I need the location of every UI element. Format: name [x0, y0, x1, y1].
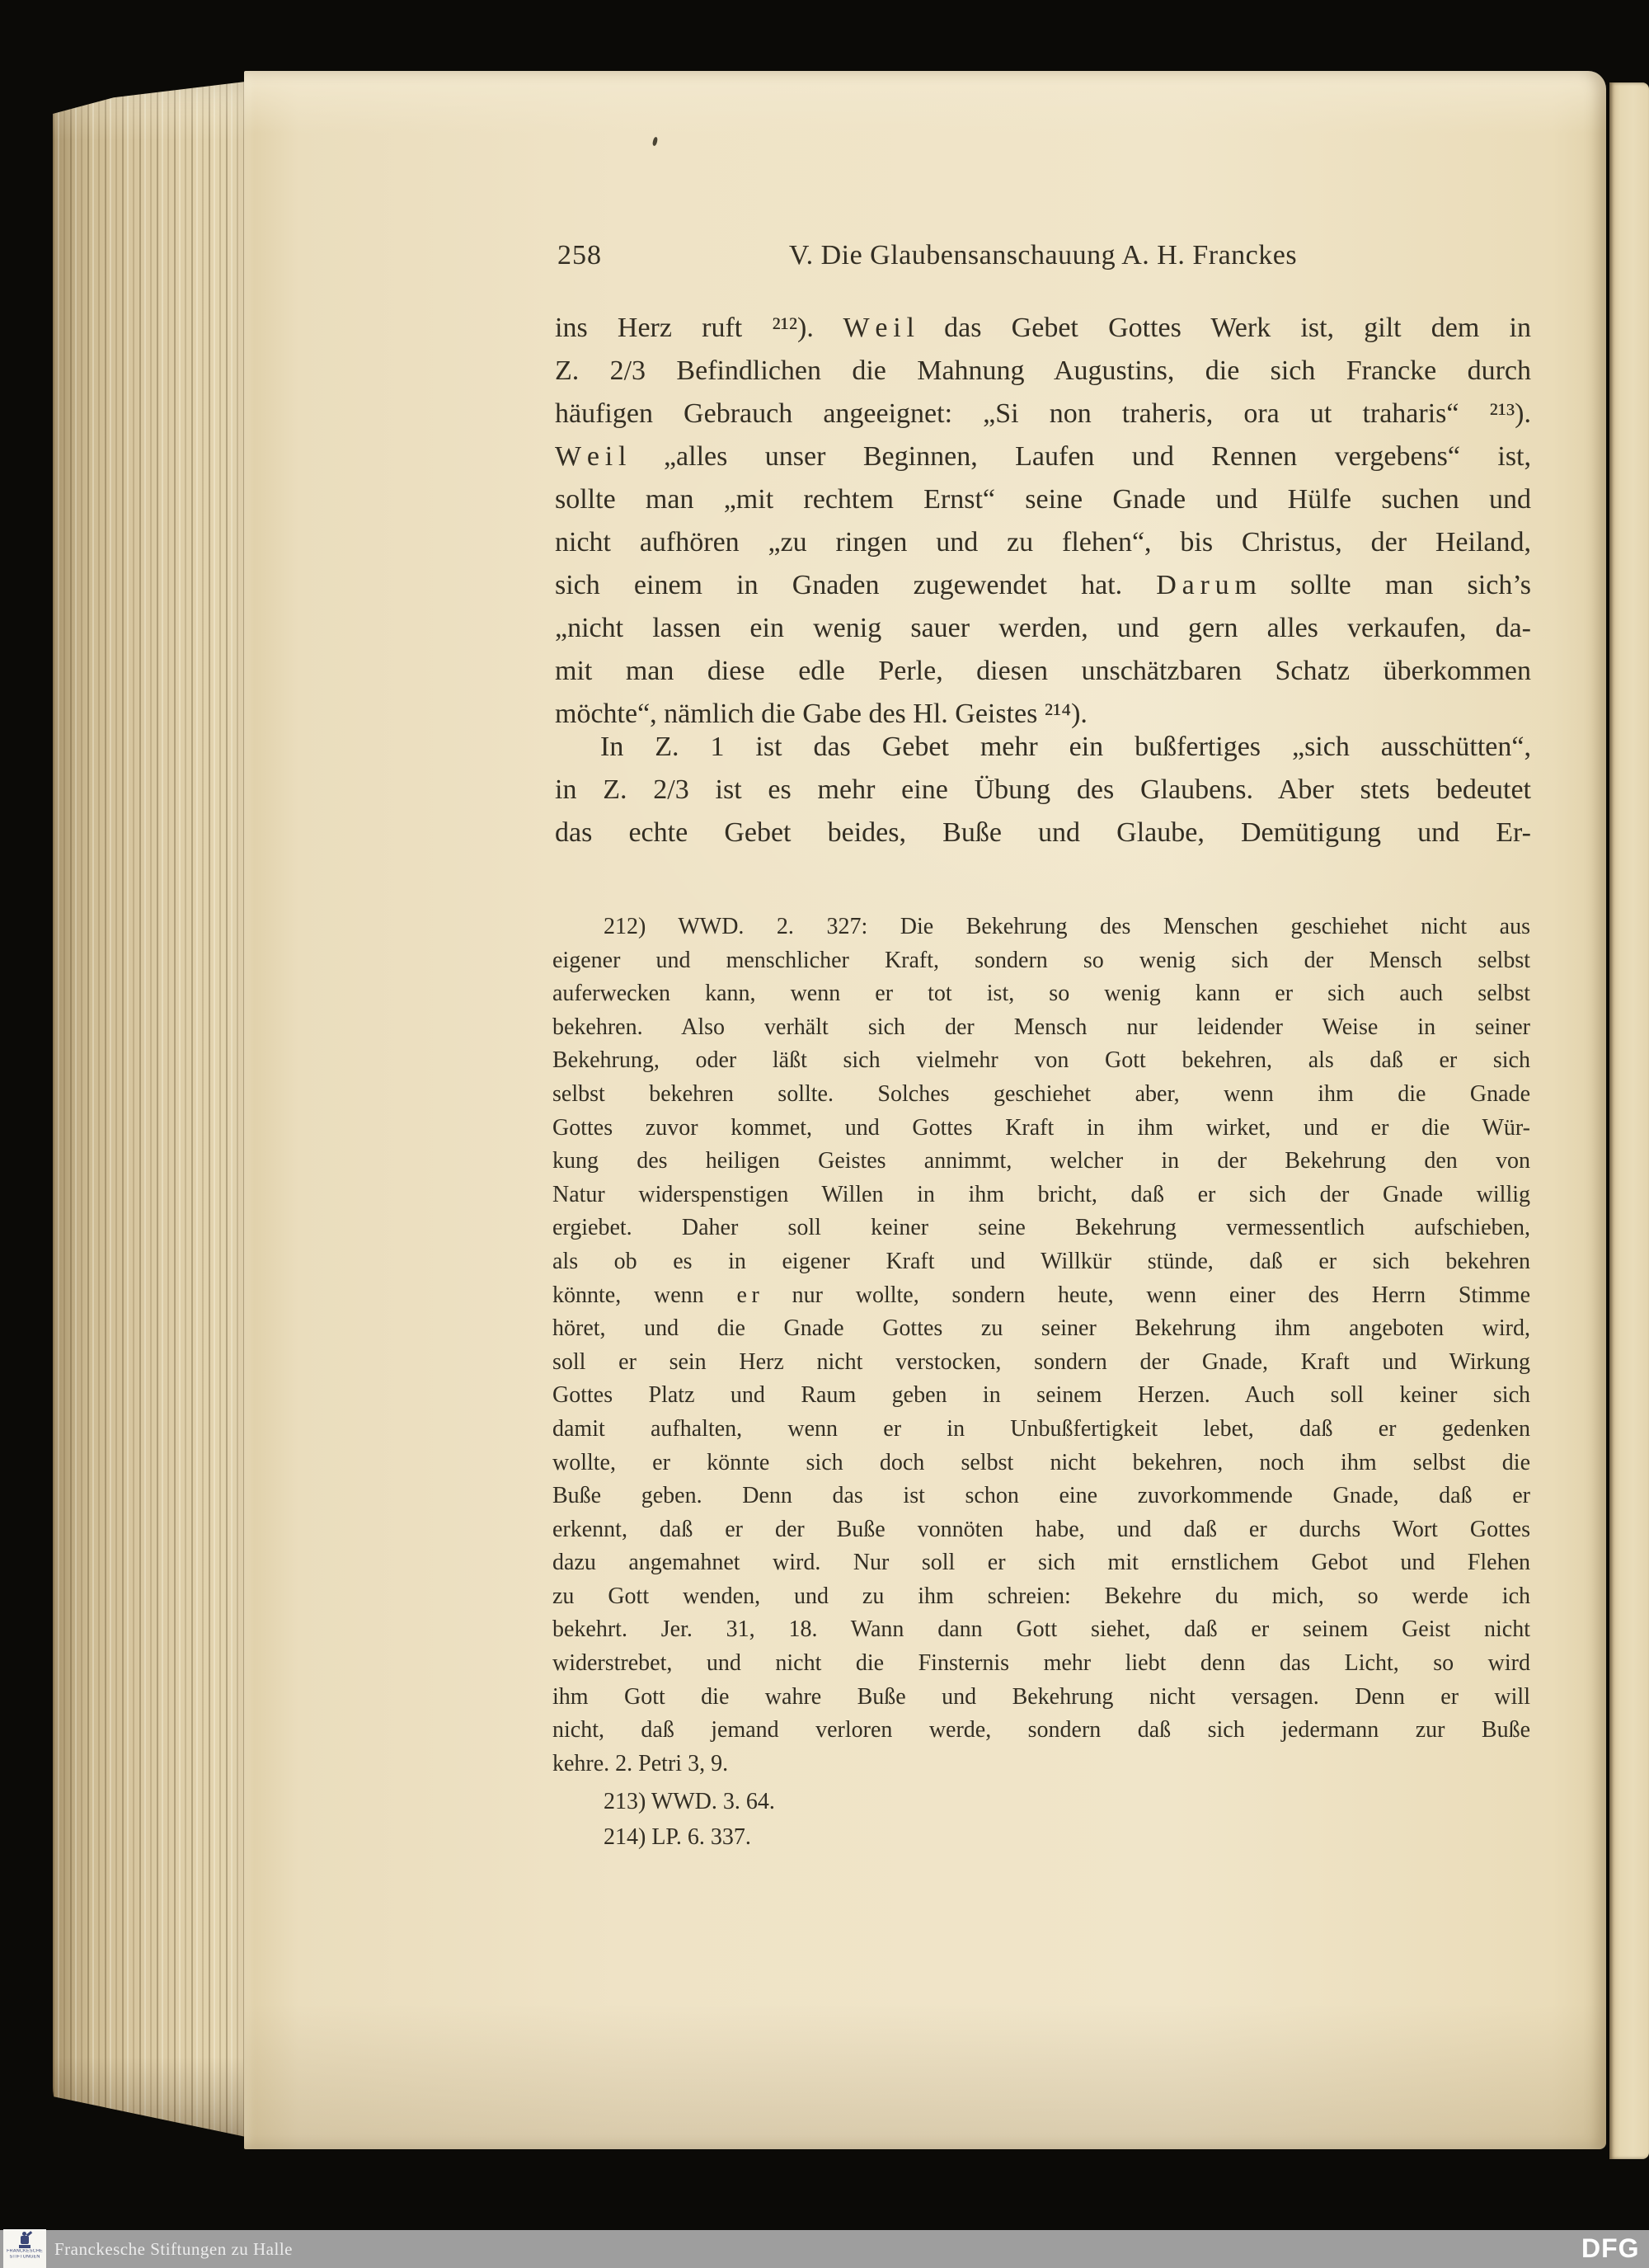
- text-line: W e i l „alles unser Beginnen, Laufen un…: [555, 435, 1531, 478]
- text-line: „nicht lassen ein wenig sauer werden, un…: [555, 607, 1531, 650]
- footnote-line: wollte, er könnte sich doch selbst nicht…: [552, 1447, 1530, 1480]
- text-line: mit man diese edle Perle, diesen unschät…: [555, 650, 1531, 693]
- footnote-line: nicht, daß jemand verloren werde, sonder…: [552, 1714, 1530, 1748]
- footnote-line: erkennt, daß er der Buße vonnöten habe, …: [552, 1513, 1530, 1547]
- text-line: das echte Gebet beides, Buße und Glaube,…: [555, 812, 1531, 854]
- footnote-213: 213) WWD. 3. 64.: [552, 1786, 1581, 1819]
- footnote-line: selbst bekehren sollte. Solches geschieh…: [552, 1078, 1530, 1112]
- footnote-line: könnte, wenn e r nur wollte, sondern heu…: [552, 1279, 1530, 1313]
- running-header: V. Die Glaubensanschauung A. H. Franckes: [555, 238, 1531, 274]
- text-line: nicht aufhören „zu ringen und zu flehen“…: [555, 521, 1531, 564]
- footnote-line: Natur widerspenstigen Willen in ihm bric…: [552, 1179, 1530, 1212]
- body-paragraph-1: ins Herz ruft ²¹²). W e i l das Gebet Go…: [555, 307, 1531, 736]
- footnote-line: auferwecken kann, wenn er tot ist, so we…: [552, 977, 1530, 1011]
- footnote-line: bekehren. Also verhält sich der Mensch n…: [552, 1011, 1530, 1045]
- francke-statue-icon: [17, 2232, 32, 2248]
- footnote-line: damit aufhalten, wenn er in Unbußfertigk…: [552, 1413, 1530, 1447]
- page-edge-stack: [53, 79, 254, 2139]
- footnote-line: Gottes zuvor kommet, und Gottes Kraft in…: [552, 1112, 1530, 1146]
- facing-page-edge: [1609, 82, 1649, 2159]
- footnote-line: eigener und menschlicher Kraft, sondern …: [552, 944, 1530, 978]
- footnote-line: soll er sein Herz nicht verstocken, sond…: [552, 1346, 1530, 1380]
- footnote-line: Gottes Platz und Raum geben in seinem He…: [552, 1379, 1530, 1413]
- dfg-logo: DFG: [1581, 2230, 1640, 2268]
- footnote-line: höret, und die Gnade Gottes zu seiner Be…: [552, 1312, 1530, 1346]
- text-line: sollte man „mit rechtem Ernst“ seine Gna…: [555, 478, 1531, 521]
- footnote-214: 214) LP. 6. 337.: [552, 1821, 1581, 1855]
- scanned-book-page: 258 V. Die Glaubensanschauung A. H. Fran…: [0, 0, 1649, 2268]
- logo-caption-line1: FRANCKESCHE: [5, 2249, 45, 2254]
- institution-logo: FRANCKESCHE STIFTUNGEN: [3, 2229, 46, 2268]
- footnote-line: dazu angemahnet wird. Nur soll er sich m…: [552, 1546, 1530, 1580]
- footnote-line: ihm Gott die wahre Buße und Bekehrung ni…: [552, 1681, 1530, 1715]
- footnote-line: zu Gott wenden, und zu ihm schreien: Bek…: [552, 1580, 1530, 1614]
- footnote-line: kung des heiligen Geistes annimmt, welch…: [552, 1145, 1530, 1179]
- footnote-212: 212) WWD. 2. 327: Die Bekehrung des Mens…: [552, 910, 1530, 1781]
- institution-name: Franckesche Stiftungen zu Halle: [54, 2230, 293, 2268]
- footnote-line: ergiebet. Daher soll keiner seine Bekehr…: [552, 1212, 1530, 1245]
- text-line: In Z. 1 ist das Gebet mehr ein bußfertig…: [555, 726, 1531, 769]
- footnote-line: Buße geben. Denn das ist schon eine zuvo…: [552, 1480, 1530, 1513]
- footnote-line: 212) WWD. 2. 327: Die Bekehrung des Mens…: [552, 910, 1530, 944]
- text-line: in Z. 2/3 ist es mehr eine Übung des Gla…: [555, 769, 1531, 812]
- footnote-line: als ob es in eigener Kraft und Willkür s…: [552, 1245, 1530, 1279]
- text-line: Z. 2/3 Befindlichen die Mahnung Augustin…: [555, 350, 1531, 393]
- logo-caption-line2: STIFTUNGEN: [5, 2255, 45, 2260]
- text-line: ins Herz ruft ²¹²). W e i l das Gebet Go…: [555, 307, 1531, 350]
- footnote-line: Bekehrung, oder läßt sich vielmehr von G…: [552, 1044, 1530, 1078]
- text-line: häufigen Gebrauch angeeignet: „Si non tr…: [555, 393, 1531, 435]
- footnote-line: bekehrt. Jer. 31, 18. Wann dann Gott sie…: [552, 1613, 1530, 1647]
- body-paragraph-2: In Z. 1 ist das Gebet mehr ein bußfertig…: [555, 726, 1531, 854]
- footnote-line: kehre. 2. Petri 3, 9.: [552, 1748, 1530, 1781]
- text-line: sich einem in Gnaden zugewendet hat. D a…: [555, 564, 1531, 607]
- footnote-line: widerstrebet, und nicht die Finsternis m…: [552, 1647, 1530, 1681]
